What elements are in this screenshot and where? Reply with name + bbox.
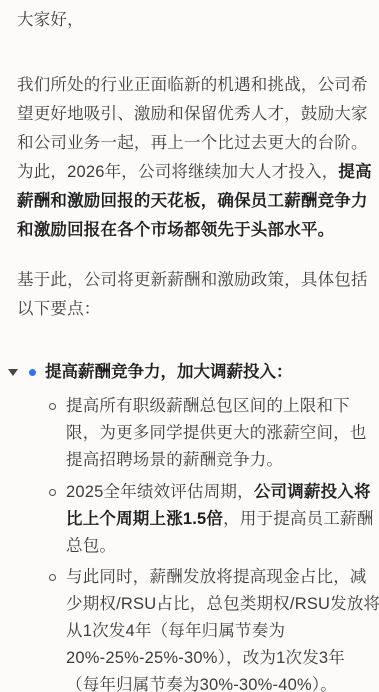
- sub-bullet-text: 2025全年绩效评估周期，公司调薪投入将 比上个周期上涨1.5倍，用于提高员工薪…: [66, 479, 373, 560]
- circle-bullet-icon: [49, 574, 56, 581]
- paragraph-line: 以下要点：: [17, 300, 101, 318]
- paragraph-line: 提高招聘场景的薪酬竞争力。: [66, 447, 367, 474]
- paragraph-line: 从1次发4年（每年归属节奏为: [66, 618, 379, 645]
- paragraph-line: 总包。: [66, 533, 373, 560]
- paragraph-text: 2025全年绩效评估周期，: [66, 483, 254, 501]
- paragraph-line: （每年归属节奏为30%-30%-40%）。: [66, 672, 379, 692]
- paragraph-line: 2025全年绩效评估周期，公司调薪投入将: [66, 479, 373, 506]
- paragraph-line: 限，为更多同学提供更大的涨薪空间，也: [66, 420, 367, 447]
- bullet-list: 提高薪酬竞争力，加大调薪投入： 提高所有职级薪酬总包区间的上限和下 限，为更多同…: [17, 358, 367, 692]
- paragraph-line: 20%-25%-25%-30%），改为1次发3年: [66, 645, 379, 672]
- greeting-paragraph: 大家好，: [17, 6, 367, 35]
- paragraph-line: 少期权/RSU占比，总包类期权/RSU发放将: [66, 591, 379, 618]
- document-page: 大家好， 我们所处的行业正面临新的机遇和挑战，公司希 望更好地吸引、激励和保留优…: [0, 0, 379, 692]
- paragraph-line: 提高所有职级薪酬总包区间的上限和下: [66, 393, 367, 420]
- greeting-text: 大家好，: [17, 11, 84, 29]
- sub-bullet-text: 提高所有职级薪酬总包区间的上限和下 限，为更多同学提供更大的涨薪空间，也 提高招…: [66, 393, 367, 474]
- bullet-heading: 提高薪酬竞争力，加大调薪投入：: [45, 358, 293, 387]
- paragraph-line: 比上个周期上涨1.5倍，用于提高员工薪酬: [66, 506, 373, 533]
- bullet-dot-icon: [29, 369, 36, 376]
- paragraph-text: ，用于提高员工薪酬: [223, 510, 373, 528]
- bullet-item: 提高薪酬竞争力，加大调薪投入：: [8, 358, 367, 387]
- highlighted-text: 和激励回报在各个市场都领先于头部水平。: [17, 221, 334, 239]
- highlighted-text: 薪酬和激励回报的天花板，确保员工薪酬竞争力: [17, 192, 368, 210]
- paragraph-line: 为此，2026年，公司将继续加大人才投入，提高: [17, 163, 372, 181]
- paragraph-line: 我们所处的行业正面临新的机遇和挑战，公司希: [17, 76, 368, 94]
- paragraph-line: 与此同时，薪酬发放将提高现金占比，减: [66, 564, 379, 591]
- highlighted-text: 公司调薪投入将: [254, 483, 371, 501]
- sub-bullet-item: 2025全年绩效评估周期，公司调薪投入将 比上个周期上涨1.5倍，用于提高员工薪…: [17, 479, 367, 560]
- paragraph-line: 望更好地吸引、激励和保留优秀人才，鼓励大家: [17, 105, 368, 123]
- circle-bullet-icon: [49, 403, 56, 410]
- paragraph-line: 和公司业务一起，再上一个比过去更大的台阶。: [17, 134, 368, 152]
- collapse-triangle-icon[interactable]: [8, 369, 18, 376]
- highlighted-text: 提高: [338, 163, 371, 181]
- intro-paragraph: 我们所处的行业正面临新的机遇和挑战，公司希 望更好地吸引、激励和保留优秀人才，鼓…: [17, 71, 367, 245]
- sub-bullet-item: 与此同时，薪酬发放将提高现金占比，减 少期权/RSU占比，总包类期权/RSU发放…: [17, 564, 367, 692]
- paragraph-line: 基于此，公司将更新薪酬和激励政策，具体包括: [17, 271, 368, 289]
- circle-bullet-icon: [49, 489, 56, 496]
- paragraph-text: 为此，2026年，公司将继续加大人才投入，: [17, 163, 338, 181]
- basis-paragraph: 基于此，公司将更新薪酬和激励政策，具体包括 以下要点：: [17, 266, 367, 324]
- sub-bullet-text: 与此同时，薪酬发放将提高现金占比，减 少期权/RSU占比，总包类期权/RSU发放…: [66, 564, 379, 692]
- sub-bullet-item: 提高所有职级薪酬总包区间的上限和下 限，为更多同学提供更大的涨薪空间，也 提高招…: [17, 393, 367, 474]
- highlighted-text: 比上个周期上涨1.5倍: [66, 510, 223, 528]
